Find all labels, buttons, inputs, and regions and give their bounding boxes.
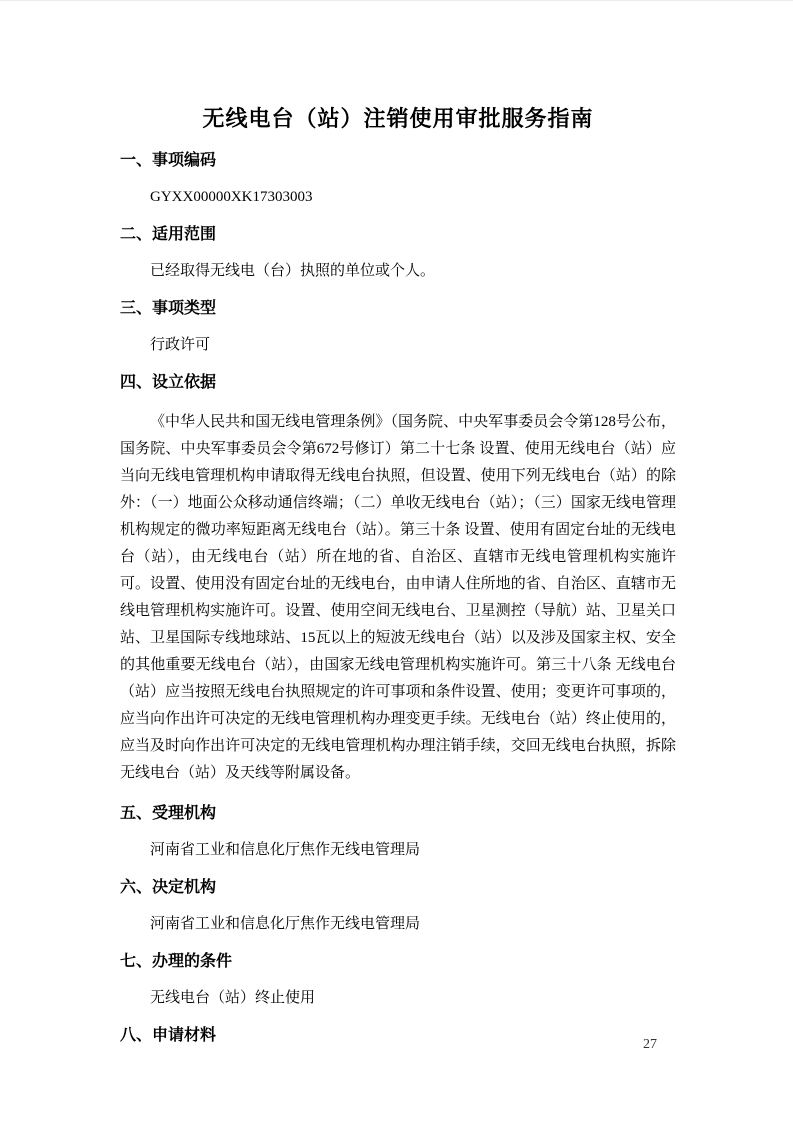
section-body-deciding-authority: 河南省工业和信息化厅焦作无线电管理局 [120,914,676,935]
section-accepting-authority: 五、受理机构 河南省工业和信息化厅焦作无线电管理局 [120,803,676,861]
page-number: 27 [643,1037,657,1053]
section-body-conditions: 无线电台（站）终止使用 [120,988,676,1009]
section-heading-accepting-authority: 五、受理机构 [120,803,676,824]
section-body-accepting-authority: 河南省工业和信息化厅焦作无线电管理局 [120,840,676,861]
section-application-materials: 八、申请材料 [120,1025,676,1046]
section-heading-legal-basis: 四、设立依据 [120,372,676,393]
section-body-item-code: GYXX00000XK17303003 [120,187,676,208]
section-item-type: 三、事项类型 行政许可 [120,298,676,356]
section-legal-basis: 四、设立依据 《中华人民共和国无线电管理条例》（国务院、中央军事委员会令第128… [120,372,676,787]
section-heading-conditions: 七、办理的条件 [120,951,676,972]
section-body-scope: 已经取得无线电（台）执照的单位或个人。 [120,261,676,282]
section-scope: 二、适用范围 已经取得无线电（台）执照的单位或个人。 [120,224,676,282]
section-heading-item-code: 一、事项编码 [120,150,676,171]
section-body-legal-basis: 《中华人民共和国无线电管理条例》（国务院、中央军事委员会令第128号公布，国务院… [120,409,676,787]
section-heading-scope: 二、适用范围 [120,224,676,245]
section-heading-deciding-authority: 六、决定机构 [120,877,676,898]
document-page: 无线电台（站）注销使用审批服务指南 一、事项编码 GYXX00000XK1730… [0,0,793,1122]
section-deciding-authority: 六、决定机构 河南省工业和信息化厅焦作无线电管理局 [120,877,676,935]
page-title: 无线电台（站）注销使用审批服务指南 [120,104,676,134]
section-heading-item-type: 三、事项类型 [120,298,676,319]
section-item-code: 一、事项编码 GYXX00000XK17303003 [120,150,676,208]
section-body-item-type: 行政许可 [120,335,676,356]
section-conditions: 七、办理的条件 无线电台（站）终止使用 [120,951,676,1009]
section-heading-application-materials: 八、申请材料 [120,1025,676,1046]
